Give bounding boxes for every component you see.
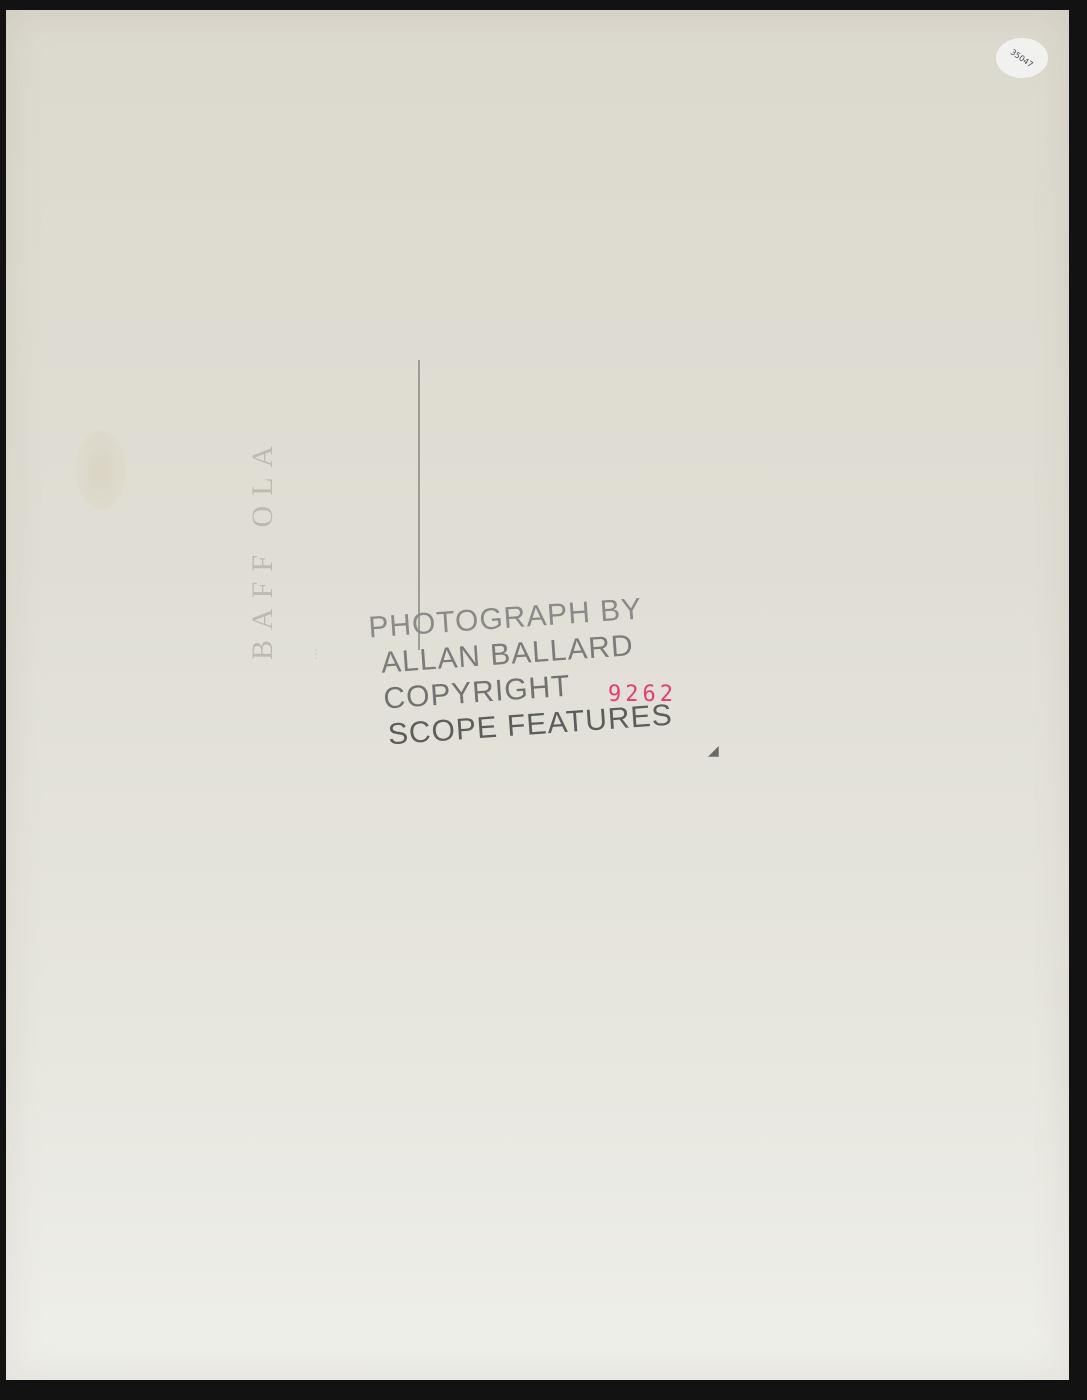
- rotated-stamp-main-text: BAFF OLA: [246, 360, 280, 660]
- rotated-name-stamp: BAFF OLA ...: [246, 360, 346, 660]
- photographer-credit-stamp: PHOTOGRAPH BY ALLAN BALLARD COPYRIGHT SC…: [367, 590, 673, 754]
- ink-mark: ◢: [708, 742, 719, 759]
- reference-number: 9262: [608, 682, 677, 707]
- sticker-label: 35047: [1009, 47, 1035, 69]
- rotated-stamp-secondary-text: ...: [304, 360, 320, 660]
- paper-stain: [76, 430, 126, 510]
- inventory-sticker: 35047: [996, 38, 1048, 78]
